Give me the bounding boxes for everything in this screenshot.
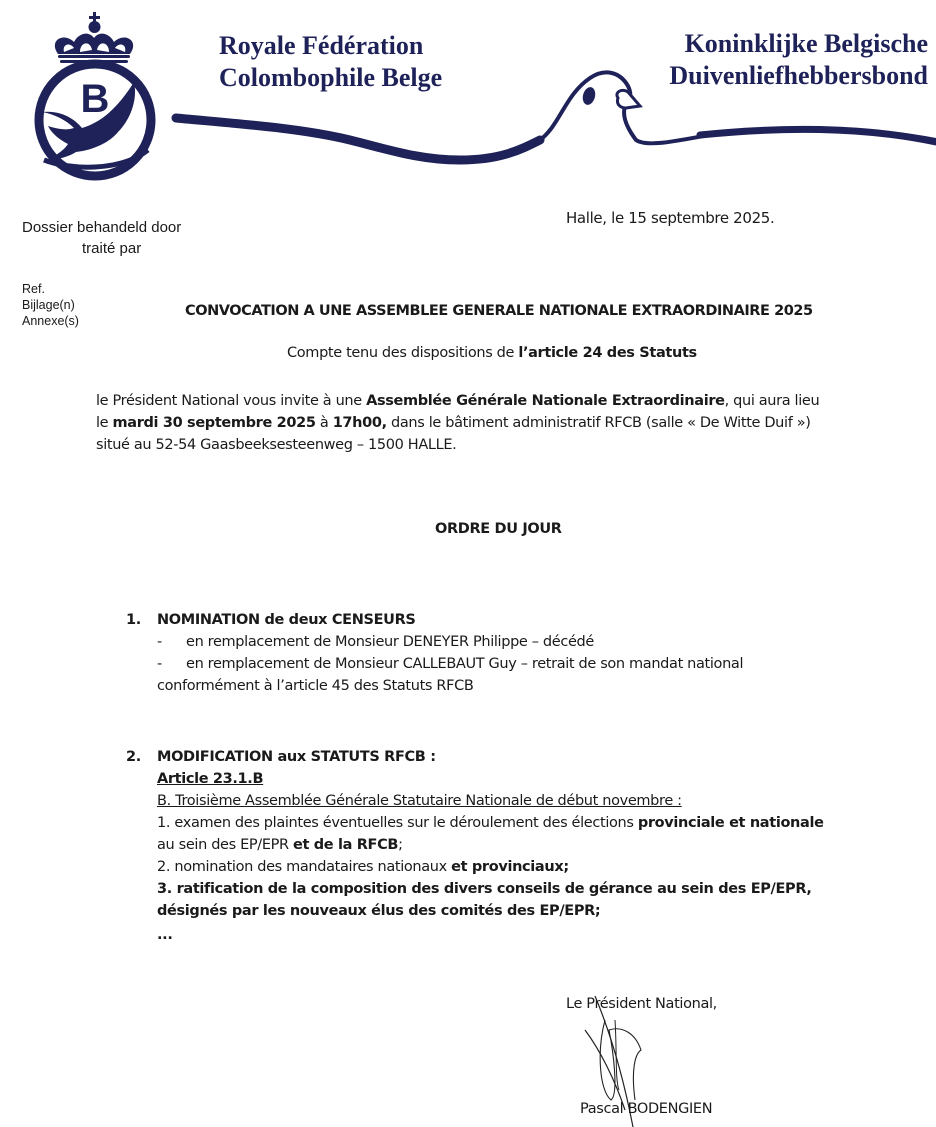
- agenda-item-1-continuation: conformément à l’article 45 des Statuts …: [157, 675, 897, 697]
- invitation-paragraph: le Président National vous invite à une …: [96, 390, 896, 456]
- agenda-item-2-line-1: 1. examen des plaintes éventuelles sur l…: [157, 812, 917, 834]
- rfcb-logo-icon: B: [30, 10, 160, 185]
- agenda-item-1-bullet-2: -en remplacement de Monsieur CALLEBAUT G…: [157, 653, 897, 675]
- subtitle-article-ref: l’article 24 des Statuts: [518, 345, 696, 361]
- subtitle-prefix: Compte tenu des dispositions de: [287, 345, 518, 361]
- org-name-fr: Royale Fédération Colombophile Belge: [219, 30, 442, 94]
- org-name-nl: Koninklijke Belgische Duivenliefhebbersb…: [669, 28, 928, 92]
- agenda-item-1: NOMINATION de deux CENSEURS -en remplace…: [157, 609, 897, 697]
- handled-by-nl: Dossier behandeld door: [22, 219, 181, 236]
- handled-by-fr: traité par: [82, 240, 141, 257]
- attachment-label-nl: Bijlage(n): [22, 297, 79, 313]
- agenda-item-2-section: B. Troisième Assemblée Générale Statutai…: [157, 793, 682, 809]
- agenda-item-2-line-5: désignés par les nouveaux élus des comit…: [157, 900, 917, 922]
- signatory-name: Pascal BODENGIEN: [580, 1098, 712, 1120]
- org-name-fr-line2: Colombophile Belge: [219, 62, 442, 94]
- document-title: CONVOCATION A UNE ASSEMBLEE GENERALE NAT…: [185, 300, 813, 322]
- org-name-nl-line2: Duivenliefhebbersbond: [669, 60, 928, 92]
- svg-text:B: B: [81, 77, 110, 121]
- org-name-nl-line1: Koninklijke Belgische: [669, 28, 928, 60]
- agenda-item-1-bullet-1: -en remplacement de Monsieur DENEYER Phi…: [157, 631, 897, 653]
- subtitle: Compte tenu des dispositions de l’articl…: [287, 342, 697, 364]
- agenda-item-2-line-2: au sein des EP/EPR et de la RFCB;: [157, 834, 917, 856]
- place-date: Halle, le 15 septembre 2025.: [566, 207, 774, 229]
- agenda-item-2: MODIFICATION aux STATUTS RFCB : Article …: [157, 746, 917, 946]
- agenda-item-2-number: 2.: [126, 746, 141, 768]
- agenda-item-2-line-4: 3. ratification de la composition des di…: [157, 878, 917, 900]
- agenda-item-2-ellipsis: ...: [157, 924, 917, 946]
- ref-label: Ref.: [22, 281, 79, 297]
- attachment-label-fr: Annexe(s): [22, 313, 79, 329]
- agenda-item-1-number: 1.: [126, 609, 141, 631]
- invitation-line-2: le mardi 30 septembre 2025 à 17h00, dans…: [96, 412, 896, 434]
- invitation-line-3: situé au 52-54 Gaasbeeksesteenweg – 1500…: [96, 434, 896, 456]
- agenda-item-2-article: Article 23.1.B: [157, 771, 263, 787]
- agenda-item-2-line-3: 2. nomination des mandataires nationaux …: [157, 856, 917, 878]
- agenda-item-1-title: NOMINATION de deux CENSEURS: [157, 609, 897, 631]
- invitation-line-1: le Président National vous invite à une …: [96, 390, 896, 412]
- agenda-item-2-title: MODIFICATION aux STATUTS RFCB :: [157, 746, 917, 768]
- org-name-fr-line1: Royale Fédération: [219, 30, 442, 62]
- agenda-heading: ORDRE DU JOUR: [435, 518, 562, 540]
- ref-labels: Ref. Bijlage(n) Annexe(s): [22, 281, 79, 329]
